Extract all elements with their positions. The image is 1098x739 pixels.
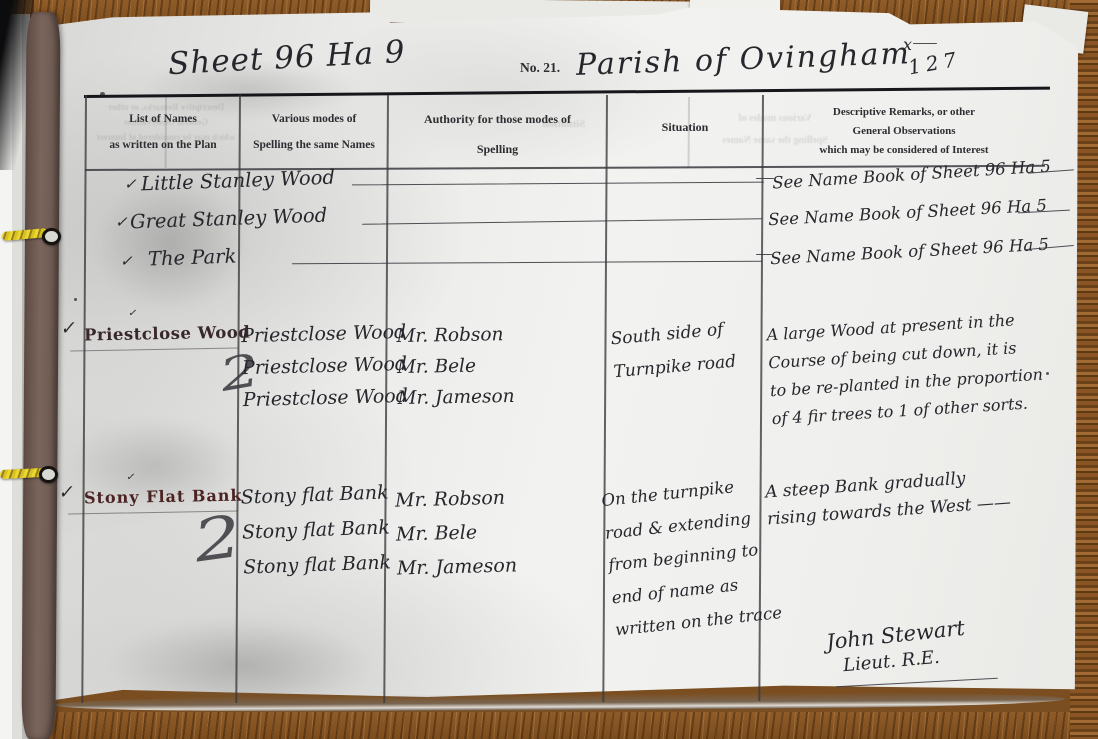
text-line: Priestclose Wood [242,348,408,384]
form-number: No. 21. [520,60,560,76]
text-line: Various modes of [700,108,850,130]
brace-flourish: 2 [190,503,246,576]
text-line: Stony flat Bank [240,475,389,515]
situation-entry: South side ofTurnpike road [609,313,737,389]
scan-smudge [110,620,370,710]
text-line: Mr. Robson [395,480,516,517]
text-line: Priestclose Wood [241,316,407,352]
binding-grommet-bottom [39,466,58,483]
text-line: Spelling the same Names [244,132,384,158]
text-line: Mr. Jameson [397,381,515,414]
text-line: Spelling the same Names [700,130,850,152]
remark-entry: A large Wood at present in theCourse of … [766,305,1046,433]
text-line: Situation [528,118,600,130]
text-line: Mr. Bele [397,350,515,383]
text-line: Stony flat Bank [243,545,392,585]
text-line: which may be considered of Interest [96,130,236,145]
situation-entry: On the turnpikeroad & extendingfrom begi… [600,468,784,647]
checkmark: ✓ [124,175,137,193]
authority-entries: Mr. RobsonMr. BeleMr. Jameson [395,480,518,585]
bleed-through-text: Descriptive Remarks, or otherGeneral Obs… [96,100,236,145]
text-line: Spelling [392,134,603,164]
checkmark: ✓ [59,317,76,339]
checkmark: ✓ [57,481,74,503]
checkmark: ✓ [115,213,128,231]
bleed-through-text: Situation [528,118,600,130]
scanned-name-book-page: Sheet 96 Ha 9 No. 21. Parish of Ovingham… [0,0,1098,739]
bleed-through-text: Various modes ofSpelling the same Names [700,108,850,152]
tick-mark: ✓ [126,472,134,483]
tick-mark: ✓ [128,308,136,319]
binding-grommet-top [42,228,61,245]
spelling-entries: Priestclose WoodPriestclose WoodPriestcl… [241,316,409,416]
plan-name: Priestclose Wood [84,323,251,345]
ink-speck [1046,372,1049,375]
column-header-authority: Authority for those modes ofSpelling [392,104,603,164]
desk-wood-bottom [0,712,1098,739]
text-line: General Observations [96,115,236,130]
text-line: Stony flat Bank [241,510,390,550]
text-line: Mr. Bele [396,514,517,551]
column-header-spelling: Various modes ofSpelling the same Names [244,106,384,158]
checkmark: ✓ [120,252,133,270]
text-line: Mr. Jameson [396,548,517,585]
page-mark: x [903,35,912,54]
binding-spine [21,12,60,739]
spelling-entries: Stony flat BankStony flat BankStony flat… [240,475,391,585]
name-entry: The Park [148,244,237,270]
ink-speck [74,298,77,301]
text-line: Mr. Robson [396,319,514,352]
authority-entries: Mr. RobsonMr. BeleMr. Jameson [396,319,515,414]
text-line: Descriptive Remarks, or other [96,100,236,115]
text-line: Priestclose Wood [242,380,408,416]
text-line: Various modes of [244,106,384,132]
